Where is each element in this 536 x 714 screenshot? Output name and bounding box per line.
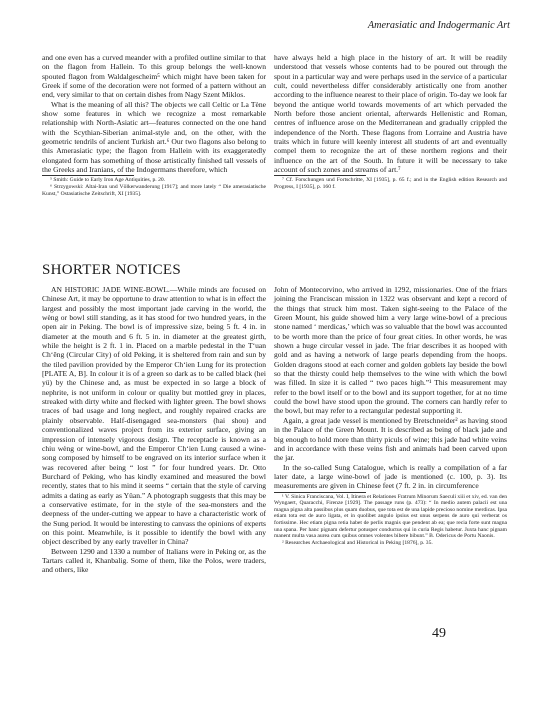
footnotes: ¹ V. Sinica Franciscana, Vol. I, Itinera… [274, 494, 507, 547]
footnote: ⁶ Strzygowski: Altai-Iran und Völkerwand… [42, 184, 266, 197]
footnote: ² Researches Archaeological and Historic… [274, 540, 507, 547]
footnotes: ⁷ Cf. Forschungen und Fortschritte, XI [… [274, 177, 507, 190]
footnote: ¹ V. Sinica Franciscana, Vol. I, Itinera… [274, 494, 507, 540]
footnote-rule [274, 492, 366, 493]
paragraph: AN HISTORIC JADE WINE-BOWL.—While minds … [42, 285, 266, 547]
paragraph: John of Montecorvino, who arrived in 129… [274, 285, 507, 416]
footnotes: ⁵ Smith: Guide to Early Iron Age Antiqui… [42, 177, 266, 197]
footnote-rule [42, 175, 134, 176]
paragraph-text: —While minds are focused on Chinese Art,… [42, 285, 266, 546]
bottom-left-column: AN HISTORIC JADE WINE-BOWL.—While minds … [42, 285, 266, 575]
bottom-right-column: John of Montecorvino, who arrived in 129… [274, 285, 507, 546]
paragraph: have always held a high place in the his… [274, 53, 507, 174]
top-left-column: and one even has a curved meander with a… [42, 53, 266, 197]
section-heading: SHORTER NOTICES [42, 262, 181, 279]
running-head: Amerasiatic and Indogermanic Art [320, 20, 510, 31]
paragraph: What is the meaning of all this? The obj… [42, 100, 266, 175]
notice-title: AN HISTORIC JADE WINE-BOWL. [51, 285, 170, 294]
footnote: ⁷ Cf. Forschungen und Fortschritte, XI [… [274, 177, 507, 190]
paragraph: and one even has a curved meander with a… [42, 53, 266, 100]
page-number: 49 [432, 626, 446, 642]
paragraph: In the so-called Sung Catalogue, which i… [274, 463, 507, 491]
paragraph: Again, a great jade vessel is mentioned … [274, 416, 507, 463]
paragraph: Between 1290 and 1330 a number of Italia… [42, 547, 266, 575]
top-right-column: have always held a high place in the his… [274, 53, 507, 191]
